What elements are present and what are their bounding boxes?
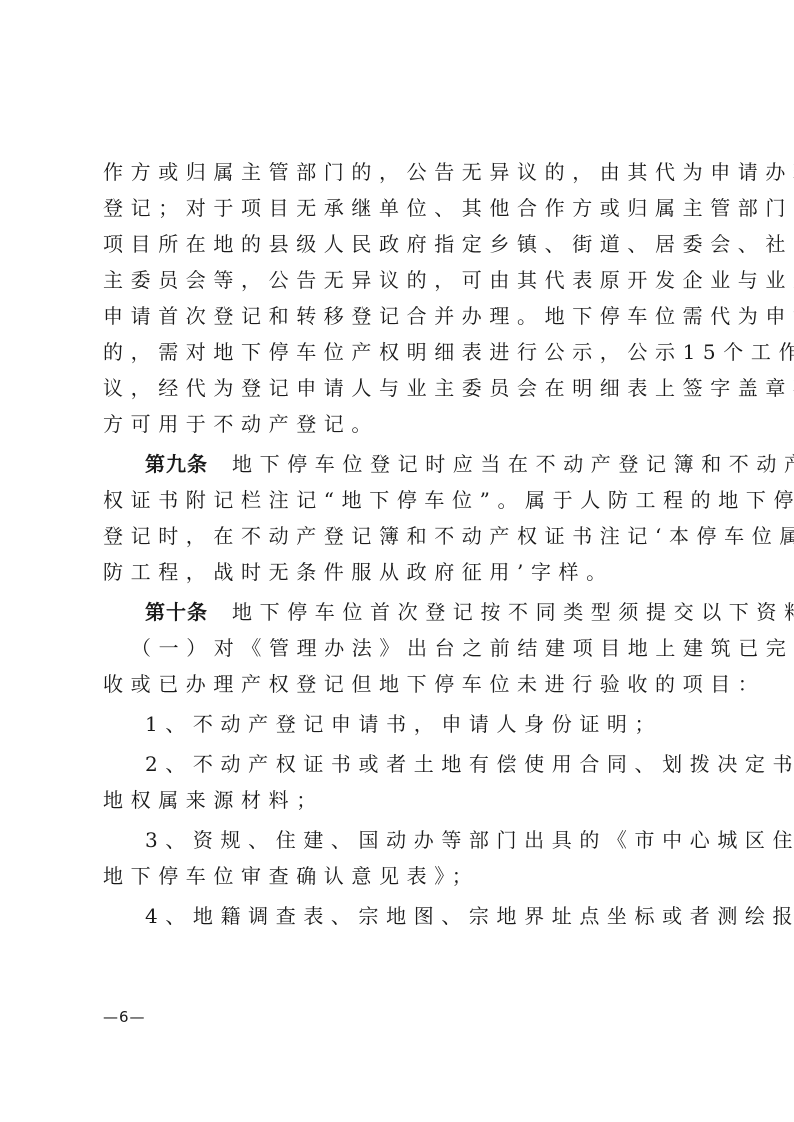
paragraph-continued: 作方或归属主管部门的，公告无异议的，由其代为申请办理首次 登记；对于项目无承继单… — [103, 154, 695, 442]
article-heading: 第九条 — [145, 452, 208, 476]
item-3: 3、资规、住建、国动办等部门出具的《市中心城区住宅区 地下停车位审查确认意见表》… — [103, 822, 695, 894]
text-line: 地下停车位登记时应当在不动产登记簿和不动产 — [232, 452, 794, 476]
text-line: 地权属来源材料； — [103, 782, 695, 818]
text-line: 4、地籍调查表、宗地图、宗地界址点坐标或者测绘报告等 — [103, 898, 695, 934]
text-line: 2、不动产权证书或者土地有偿使用合同、划拨决定书等土 — [103, 746, 695, 782]
text-line: 防工程，战时无条件服从政府征用’字样。 — [103, 554, 695, 590]
text-line: 主委员会等，公告无异议的，可由其代表原开发企业与业主共同 — [103, 262, 695, 298]
article-heading: 第十条 — [145, 600, 208, 624]
article-10: 第十条地下停车位首次登记按不同类型须提交以下资料： — [103, 594, 695, 630]
text-line: 议，经代为登记申请人与业主委员会在明细表上签字盖章确认， — [103, 370, 695, 406]
text-line: 方可用于不动产登记。 — [103, 406, 695, 442]
text-line: 权证书附记栏注记“地下停车位”。属于人防工程的地下停车位 — [103, 482, 695, 518]
text-line: 作方或归属主管部门的，公告无异议的，由其代为申请办理首次 — [103, 154, 695, 190]
text-line: 登记；对于项目无承继单位、其他合作方或归属主管部门的，由 — [103, 190, 695, 226]
text-line: 地下停车位审查确认意见表》； — [103, 858, 695, 894]
article-9: 第九条地下停车位登记时应当在不动产登记簿和不动产 权证书附记栏注记“地下停车位”… — [103, 446, 695, 590]
text-line: 收或已办理产权登记但地下停车位未进行验收的项目： — [103, 666, 695, 702]
text-line: 申请首次登记和转移登记合并办理。地下停车位需代为申请登记 — [103, 298, 695, 334]
item-a: （一）对《管理办法》出台之前结建项目地上建筑已完成验 收或已办理产权登记但地下停… — [103, 630, 695, 702]
item-4: 4、地籍调查表、宗地图、宗地界址点坐标或者测绘报告等 — [103, 898, 695, 934]
item-2: 2、不动产权证书或者土地有偿使用合同、划拨决定书等土 地权属来源材料； — [103, 746, 695, 818]
document-body: 作方或归属主管部门的，公告无异议的，由其代为申请办理首次 登记；对于项目无承继单… — [103, 154, 695, 934]
item-1: 1、不动产登记申请书，申请人身份证明； — [103, 706, 695, 742]
text-line: 的，需对地下停车位产权明细表进行公示，公示15个工作日无异 — [103, 334, 695, 370]
text-line: 1、不动产登记申请书，申请人身份证明； — [103, 706, 695, 742]
text-line: 地下停车位首次登记按不同类型须提交以下资料： — [232, 600, 794, 624]
text-line: 登记时，在不动产登记簿和不动产权证书注记‘本停车位属于人 — [103, 518, 695, 554]
text-line: 项目所在地的县级人民政府指定乡镇、街道、居委会、社区、业 — [103, 226, 695, 262]
text-line: （一）对《管理办法》出台之前结建项目地上建筑已完成验 — [103, 630, 695, 666]
text-line: 3、资规、住建、国动办等部门出具的《市中心城区住宅区 — [103, 822, 695, 858]
page-number: —6— — [103, 1008, 146, 1026]
